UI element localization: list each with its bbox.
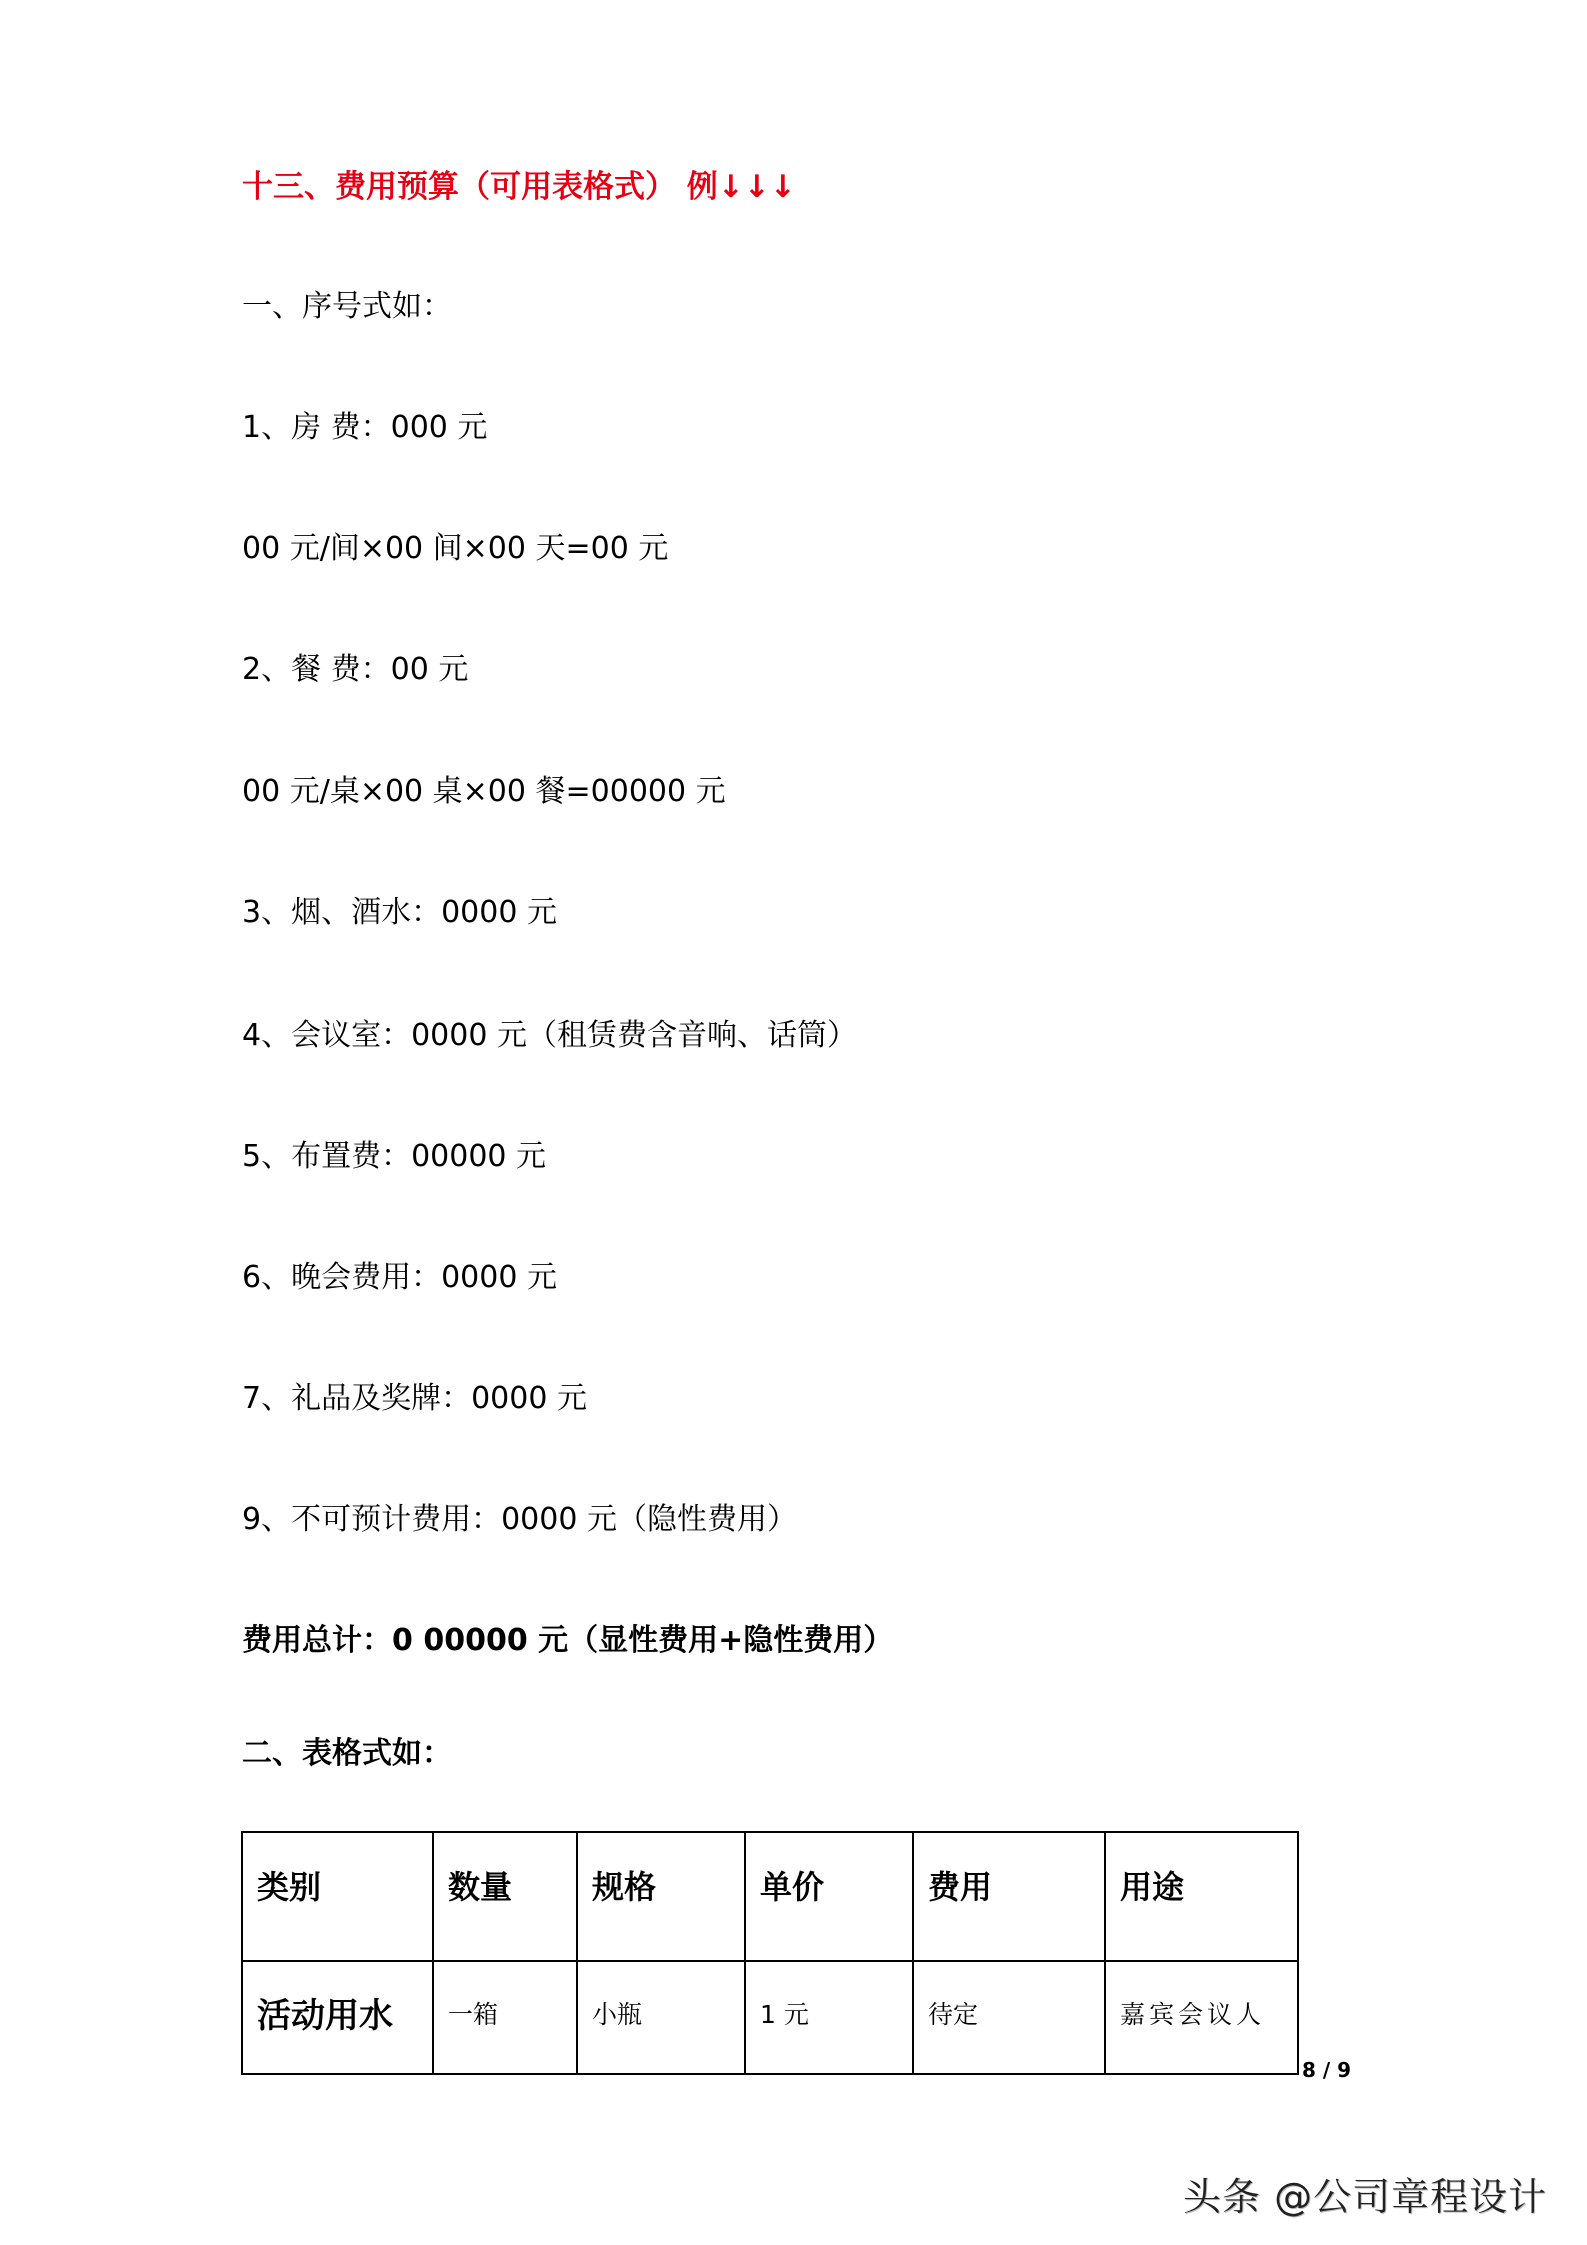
budget-item: 5、布置费：00000 元 [242, 1137, 546, 1177]
budget-item: 2、餐 费：00 元 [242, 650, 468, 690]
table-cell: 待定 [913, 1961, 1105, 2074]
budget-item: 9、不可预计费用：0000 元（隐性费用） [242, 1500, 797, 1540]
header-cell-purpose: 用途 [1105, 1832, 1298, 1961]
budget-table: 类别 数量 规格 单价 费用 用途 活动用水 一箱 小瓶 1 元 待定 嘉宾会议… [241, 1831, 1299, 2075]
budget-item: 6、晚会费用：0000 元 [242, 1258, 557, 1298]
table-cell: 小瓶 [577, 1961, 745, 2074]
table-row: 活动用水 一箱 小瓶 1 元 待定 嘉宾会议人 [242, 1961, 1298, 2074]
section-title: 十三、费用预算（可用表格式） 例↓↓↓ [242, 167, 796, 207]
header-cell-cost: 费用 [913, 1832, 1105, 1961]
header-cell-spec: 规格 [577, 1832, 745, 1961]
table-header-row: 类别 数量 规格 单价 费用 用途 [242, 1832, 1298, 1961]
budget-item: 00 元/间×00 间×00 天=00 元 [242, 529, 668, 569]
table-cell: 1 元 [745, 1961, 913, 2074]
budget-total: 费用总计：0 00000 元（显性费用+隐性费用） [242, 1621, 893, 1661]
budget-item: 4、会议室：0000 元（租赁费含音响、话筒） [242, 1016, 857, 1056]
budget-item: 3、烟、酒水：0000 元 [242, 893, 557, 933]
section1-heading: 一、序号式如： [242, 287, 452, 327]
header-cell-unit-price: 单价 [745, 1832, 913, 1961]
table-cell: 一箱 [433, 1961, 577, 2074]
watermark: 头条 @公司章程设计 [1183, 2166, 1547, 2221]
table-cell: 嘉宾会议人 [1105, 1961, 1298, 2074]
header-cell-quantity: 数量 [433, 1832, 577, 1961]
page-number: 8 / 9 [1302, 2058, 1351, 2082]
header-cell-category: 类别 [242, 1832, 433, 1961]
budget-item: 00 元/桌×00 桌×00 餐=00000 元 [242, 772, 726, 812]
budget-item: 1、房 费：000 元 [242, 408, 487, 448]
budget-item: 7、礼品及奖牌：0000 元 [242, 1379, 587, 1419]
section2-heading: 二、表格式如： [242, 1734, 452, 1774]
table-cell: 活动用水 [242, 1961, 433, 2074]
